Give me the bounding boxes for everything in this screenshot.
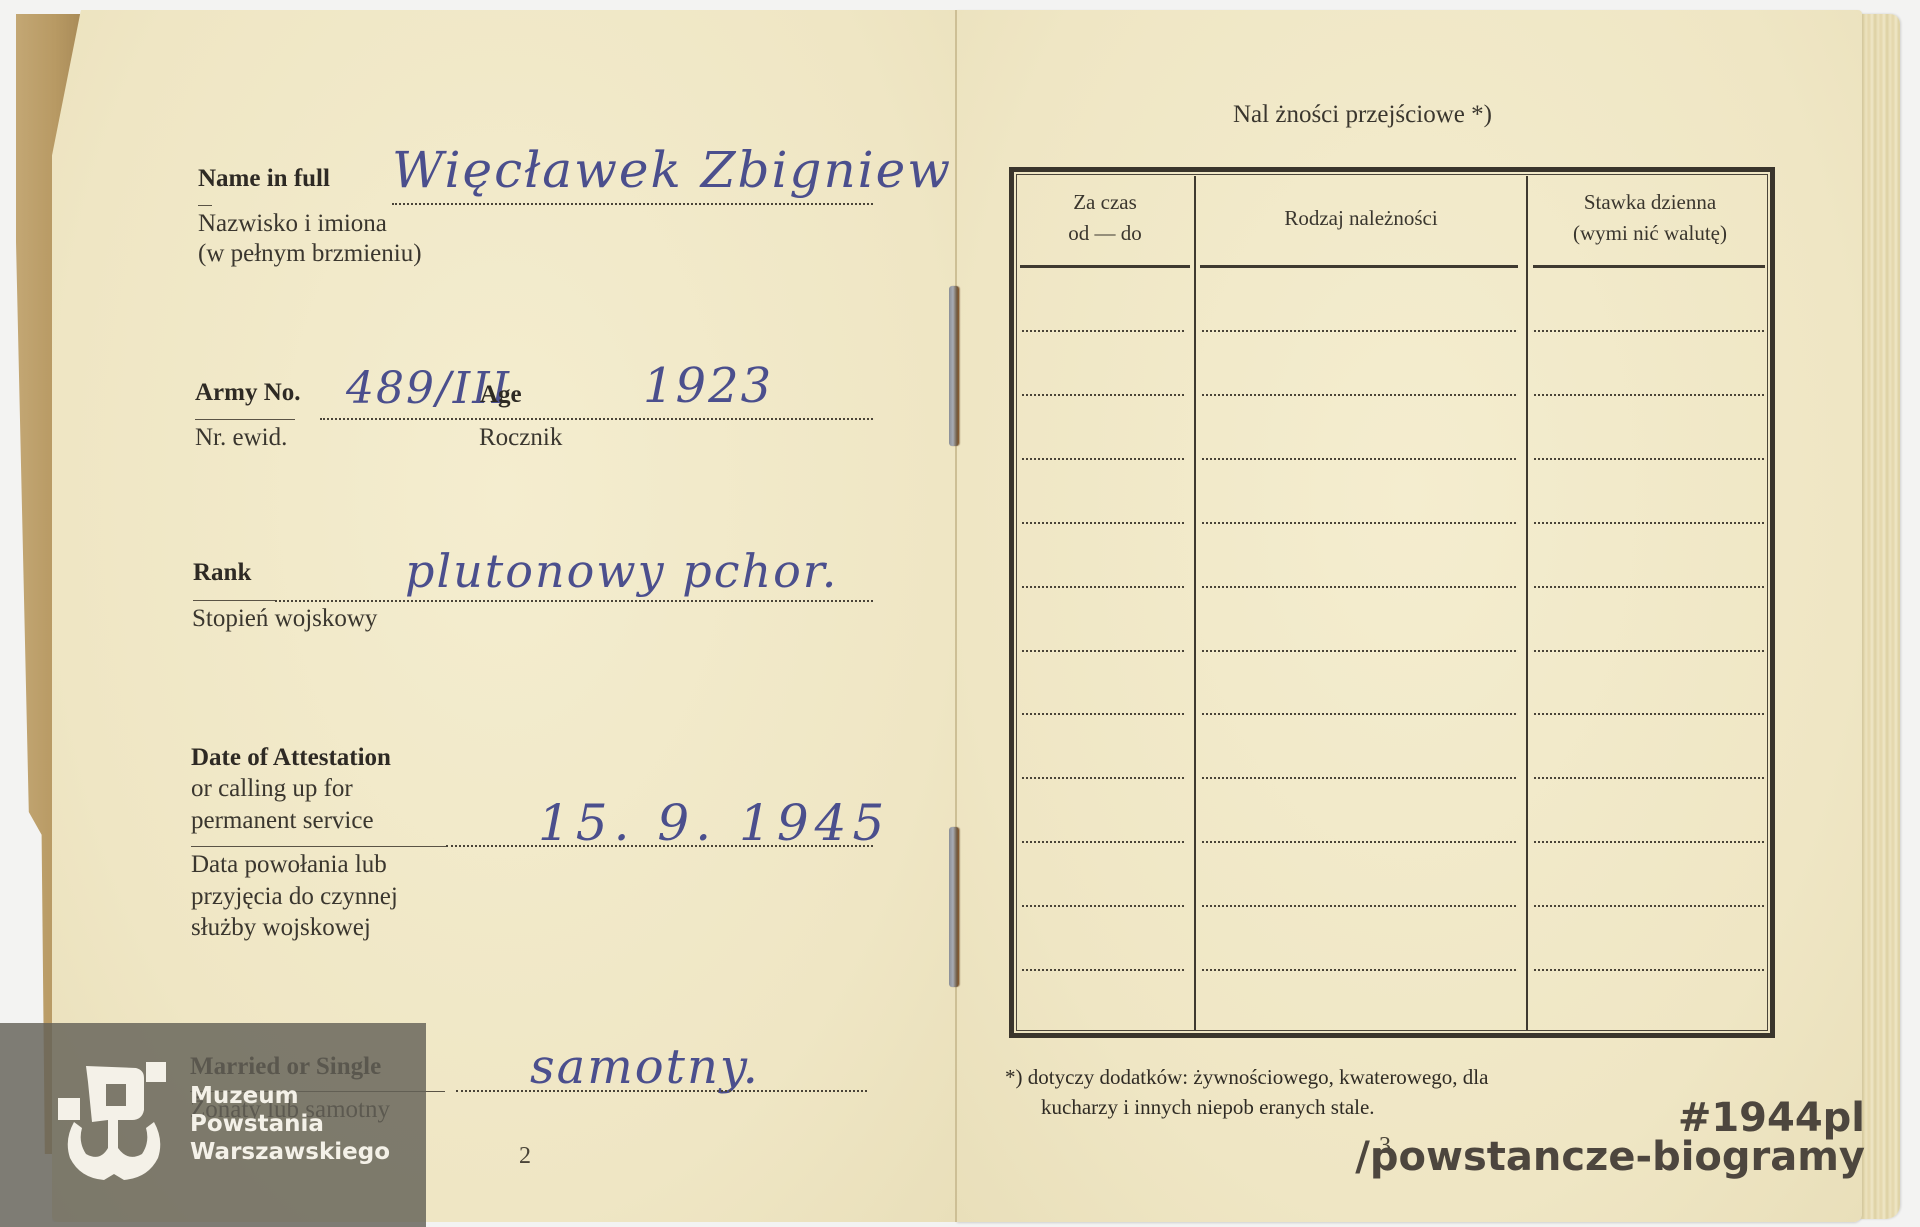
allowances-table-inner-border [1016, 174, 1768, 1031]
column-header-rate-line1: Stawka dzienna [1530, 187, 1770, 218]
table-row-line [1534, 650, 1764, 652]
marital-dotted-line [456, 1090, 867, 1092]
table-row-line [1022, 777, 1184, 779]
staple-top [949, 286, 959, 446]
table-row-line [1022, 394, 1184, 396]
museum-name-line-1: Muzeum [190, 1082, 299, 1110]
column-divider-1 [1194, 176, 1196, 1030]
name-label-pl-2: (w pełnym brzmieniu) [198, 241, 422, 266]
table-row-line [1202, 458, 1516, 460]
name-underline-mark [198, 205, 212, 206]
marital-value: samotny. [530, 1043, 760, 1091]
header-rule-2 [1200, 265, 1518, 268]
footnote-line-2: kucharzy i innych niepob eranych stale. [1041, 1097, 1375, 1118]
table-row-line [1202, 713, 1516, 715]
table-row-line [1202, 777, 1516, 779]
hashtag-watermark: #1944pl [1678, 1098, 1865, 1138]
table-row-line [1022, 969, 1184, 971]
left-page-number: 2 [519, 1143, 531, 1170]
column-divider-2 [1526, 176, 1528, 1030]
army-age-dotted-line [320, 418, 873, 420]
column-header-rate-line2: (wymi nić walutę) [1530, 218, 1770, 249]
name-dotted-line [392, 203, 873, 205]
attestation-label-pl-3: służby wojskowej [191, 915, 371, 940]
table-row-line [1534, 586, 1764, 588]
museum-name-line-3: Warszawskiego [190, 1138, 390, 1166]
kotwica-anchor-icon [58, 1062, 170, 1182]
table-row-line [1534, 522, 1764, 524]
column-header-rate: Stawka dzienna (wymi nić walutę) [1530, 187, 1770, 249]
table-row-line [1202, 394, 1516, 396]
age-label-en: Age [480, 382, 522, 407]
name-label-pl-1: Nazwisko i imiona [198, 211, 387, 236]
rank-dotted-line [275, 600, 873, 602]
army-label-pl: Nr. ewid. [195, 425, 287, 450]
table-row-line [1534, 841, 1764, 843]
footnote-line-1: *) dotyczy dodatków: żywnościowego, kwat… [1005, 1067, 1488, 1088]
biogram-path-watermark: /powstancze-biogramy [1355, 1137, 1865, 1177]
header-rule-1 [1020, 265, 1190, 268]
attestation-label-en-3: permanent service [191, 808, 374, 833]
table-row-line [1534, 777, 1764, 779]
rank-underline [193, 600, 275, 601]
table-row-line [1202, 586, 1516, 588]
table-row-line [1534, 713, 1764, 715]
table-row-line [1202, 841, 1516, 843]
table-row-line [1202, 522, 1516, 524]
table-row-line [1022, 458, 1184, 460]
rank-label-en: Rank [193, 560, 251, 585]
table-row-line [1202, 969, 1516, 971]
table-row-line [1022, 713, 1184, 715]
column-header-period-line1: Za czas [1018, 187, 1192, 218]
museum-name-line-2: Powstania [190, 1110, 324, 1138]
column-header-type-line1: Rodzaj należności [1198, 203, 1524, 234]
attestation-label-pl-2: przyjęcia do czynnej [191, 884, 398, 909]
table-row-line [1534, 905, 1764, 907]
table-row-line [1534, 330, 1764, 332]
attestation-value: 15. 9. 1945 [538, 798, 890, 848]
attestation-dotted-line [446, 845, 873, 847]
table-row-line [1202, 650, 1516, 652]
attestation-label-en-1: Date of Attestation [191, 745, 391, 770]
age-label-pl: Rocznik [479, 425, 562, 450]
rank-value: plutonowy pchor. [405, 548, 838, 594]
allowances-title: Nal żności przejściowe *) [1233, 101, 1492, 129]
table-row-line [1202, 905, 1516, 907]
table-row-line [1534, 394, 1764, 396]
column-header-period: Za czas od — do [1018, 187, 1192, 249]
table-row-line [1022, 841, 1184, 843]
table-row-line [1534, 458, 1764, 460]
name-label-en: Name in full [198, 166, 330, 191]
table-row-line [1202, 330, 1516, 332]
column-header-type: Rodzaj należności [1198, 203, 1524, 234]
rank-label-pl: Stopień wojskowy [192, 606, 377, 631]
army-label-en: Army No. [195, 380, 301, 405]
staple-bottom [949, 827, 959, 987]
age-value: 1923 [643, 362, 773, 410]
attestation-underline [191, 846, 446, 847]
attestation-label-pl-1: Data powołania lub [191, 852, 387, 877]
book-spine [955, 10, 957, 1222]
table-row-line [1022, 330, 1184, 332]
army-underline [195, 419, 295, 420]
header-rule-3 [1533, 265, 1765, 268]
table-row-line [1022, 586, 1184, 588]
attestation-label-en-2: or calling up for [191, 776, 353, 801]
name-value: Więcławek Zbigniew [392, 145, 952, 195]
table-row-line [1022, 522, 1184, 524]
table-row-line [1534, 969, 1764, 971]
table-row-line [1022, 905, 1184, 907]
column-header-period-line2: od — do [1018, 218, 1192, 249]
table-row-line [1022, 650, 1184, 652]
